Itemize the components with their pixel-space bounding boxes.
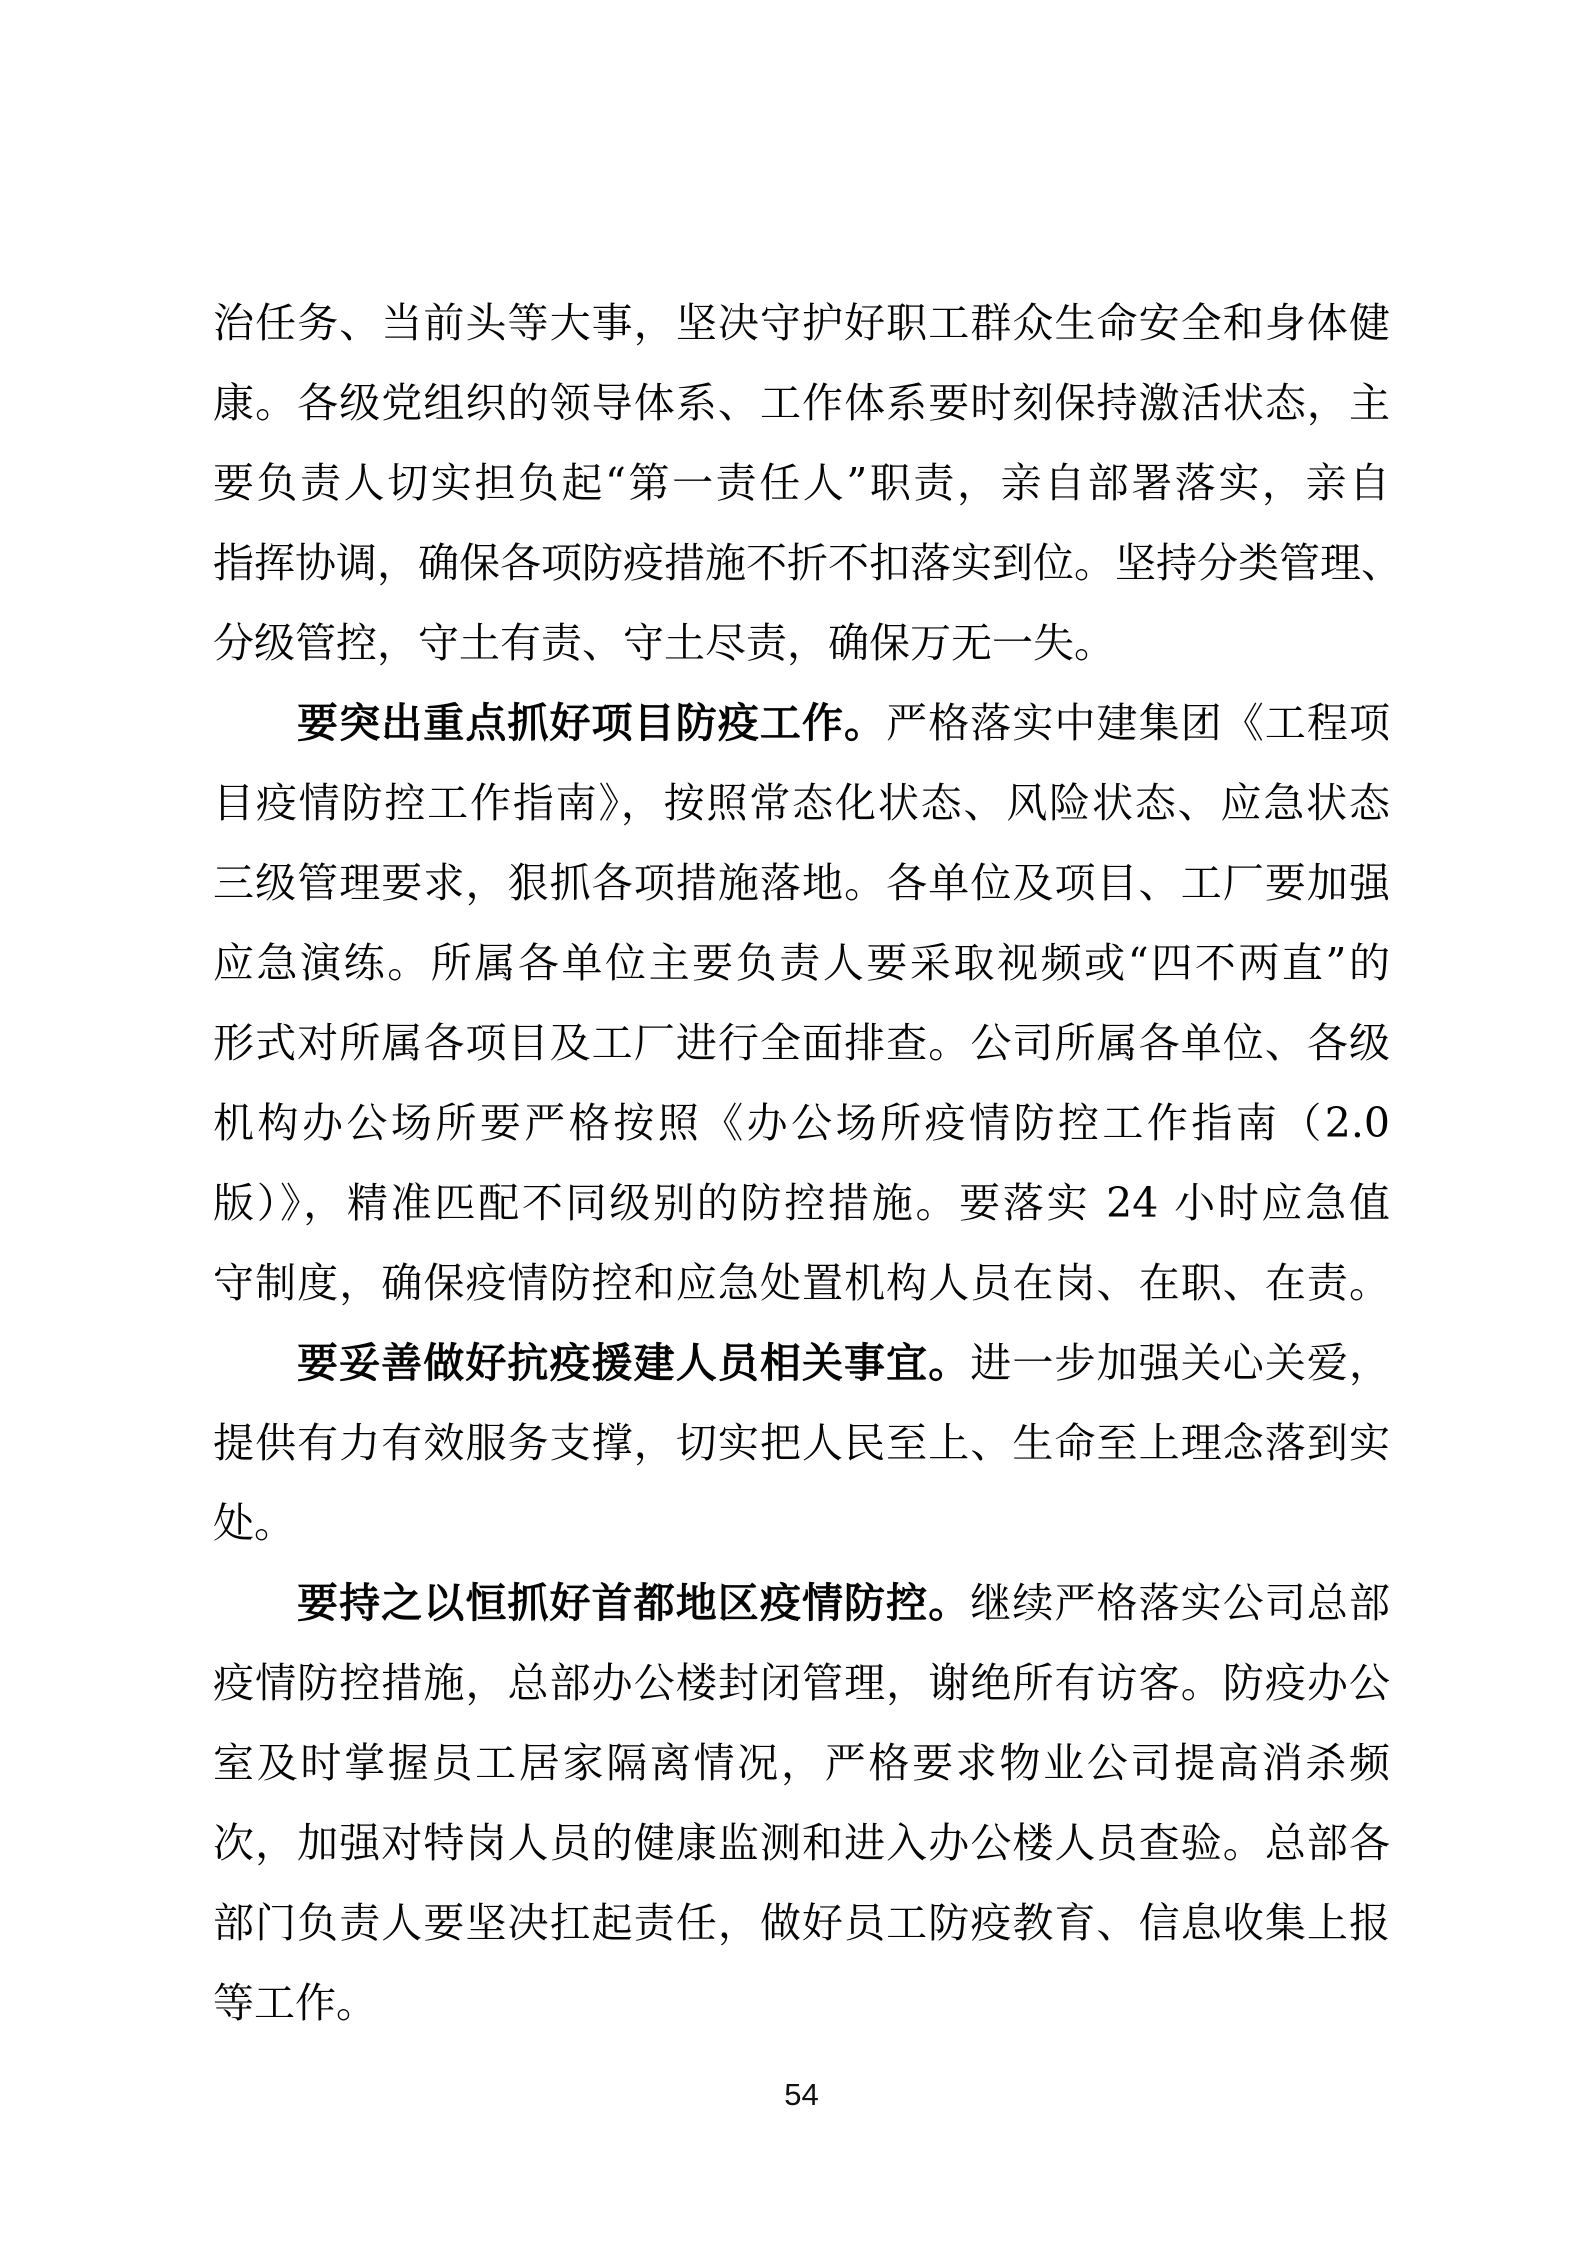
line-text: 守制度，确保疫情防控和应急处置机构人员在岗、在职、在责。 <box>213 1259 1390 1307</box>
line-text: 形式对所属各项目及工厂进行全面排查。公司所属各单位、各级 <box>213 1019 1390 1067</box>
line-text: 要负责人切实担负起“第一责任人”职责，亲自部署落实，亲自 <box>213 459 1390 507</box>
text-line: 要负责人切实担负起“第一责任人”职责，亲自部署落实，亲自 <box>213 443 1390 523</box>
text-line: 分级管控，守土有责、守土尽责，确保万无一失。 <box>213 603 1390 683</box>
text-line: 处。 <box>213 1483 1390 1563</box>
line-text: 疫情防控措施，总部办公楼封闭管理，谢绝所有访客。防疫办公 <box>213 1659 1390 1707</box>
line-text: 治任务、当前头等大事，坚决守护好职工群众生命安全和身体健 <box>213 299 1390 347</box>
text-line: 治任务、当前头等大事，坚决守护好职工群众生命安全和身体健 <box>213 283 1390 363</box>
text-line: 康。各级党组织的领导体系、工作体系要时刻保持激活状态，主 <box>213 363 1390 443</box>
text-line: 部门负责人要坚决扛起责任，做好员工防疫教育、信息收集上报 <box>213 1883 1390 1963</box>
line-text: 次，加强对特岗人员的健康监测和进入办公楼人员查验。总部各 <box>213 1819 1390 1867</box>
text-line: 要持之以恒抓好首都地区疫情防控。继续严格落实公司总部 <box>213 1563 1390 1643</box>
text-line: 守制度，确保疫情防控和应急处置机构人员在岗、在职、在责。 <box>213 1243 1390 1323</box>
paragraph-lead-bold: 要持之以恒抓好首都地区疫情防控。 <box>297 1579 970 1627</box>
text-line: 指挥协调，确保各项防疫措施不折不扣落实到位。坚持分类管理、 <box>213 523 1390 603</box>
line-text: 室及时掌握员工居家隔离情况，严格要求物业公司提高消杀频 <box>213 1739 1390 1787</box>
text-line: 目疫情防控工作指南》，按照常态化状态、风险状态、应急状态 <box>213 763 1390 843</box>
line-text: 继续严格落实公司总部 <box>970 1579 1390 1627</box>
line-text: 三级管理要求，狠抓各项措施落地。各单位及项目、工厂要加强 <box>213 859 1390 907</box>
line-text: 应急演练。所属各单位主要负责人要采取视频或“四不两直”的 <box>213 939 1390 987</box>
text-line: 提供有力有效服务支撑，切实把人民至上、生命至上理念落到实 <box>213 1403 1390 1483</box>
text-line: 疫情防控措施，总部办公楼封闭管理，谢绝所有访客。防疫办公 <box>213 1643 1390 1723</box>
line-text: 版）》，精准匹配不同级别的防控措施。要落实 24 小时应急值 <box>213 1179 1390 1227</box>
line-text: 进一步加强关心关爱， <box>970 1339 1390 1387</box>
line-text: 机构办公场所要严格按照《办公场所疫情防控工作指南（2.0 <box>213 1099 1390 1147</box>
line-text: 处。 <box>213 1499 295 1547</box>
paragraph-lead-bold: 要突出重点抓好项目防疫工作。 <box>297 699 886 747</box>
text-block: 治任务、当前头等大事，坚决守护好职工群众生命安全和身体健康。各级党组织的领导体系… <box>213 283 1390 2043</box>
text-line: 机构办公场所要严格按照《办公场所疫情防控工作指南（2.0 <box>213 1083 1390 1163</box>
text-line: 等工作。 <box>213 1963 1390 2043</box>
line-text: 提供有力有效服务支撑，切实把人民至上、生命至上理念落到实 <box>213 1419 1390 1467</box>
text-line: 应急演练。所属各单位主要负责人要采取视频或“四不两直”的 <box>213 923 1390 1003</box>
text-line: 次，加强对特岗人员的健康监测和进入办公楼人员查验。总部各 <box>213 1803 1390 1883</box>
paragraph-lead-bold: 要妥善做好抗疫援建人员相关事宜。 <box>297 1339 970 1387</box>
page-number: 54 <box>213 2077 1390 2113</box>
line-text: 目疫情防控工作指南》，按照常态化状态、风险状态、应急状态 <box>213 779 1390 827</box>
line-text: 部门负责人要坚决扛起责任，做好员工防疫教育、信息收集上报 <box>213 1899 1390 1947</box>
text-line: 室及时掌握员工居家隔离情况，严格要求物业公司提高消杀频 <box>213 1723 1390 1803</box>
line-text: 等工作。 <box>213 1979 377 2027</box>
line-text: 康。各级党组织的领导体系、工作体系要时刻保持激活状态，主 <box>213 379 1390 427</box>
text-line: 版）》，精准匹配不同级别的防控措施。要落实 24 小时应急值 <box>213 1163 1390 1243</box>
line-text: 指挥协调，确保各项防疫措施不折不扣落实到位。坚持分类管理、 <box>213 539 1390 587</box>
document-page: 治任务、当前头等大事，坚决守护好职工群众生命安全和身体健康。各级党组织的领导体系… <box>0 0 1587 2245</box>
text-line: 要妥善做好抗疫援建人员相关事宜。进一步加强关心关爱， <box>213 1323 1390 1403</box>
line-text: 分级管控，守土有责、守土尽责，确保万无一失。 <box>213 619 1115 667</box>
text-line: 要突出重点抓好项目防疫工作。严格落实中建集团《工程项 <box>213 683 1390 763</box>
text-line: 形式对所属各项目及工厂进行全面排查。公司所属各单位、各级 <box>213 1003 1390 1083</box>
text-line: 三级管理要求，狠抓各项措施落地。各单位及项目、工厂要加强 <box>213 843 1390 923</box>
line-text: 严格落实中建集团《工程项 <box>886 699 1390 747</box>
